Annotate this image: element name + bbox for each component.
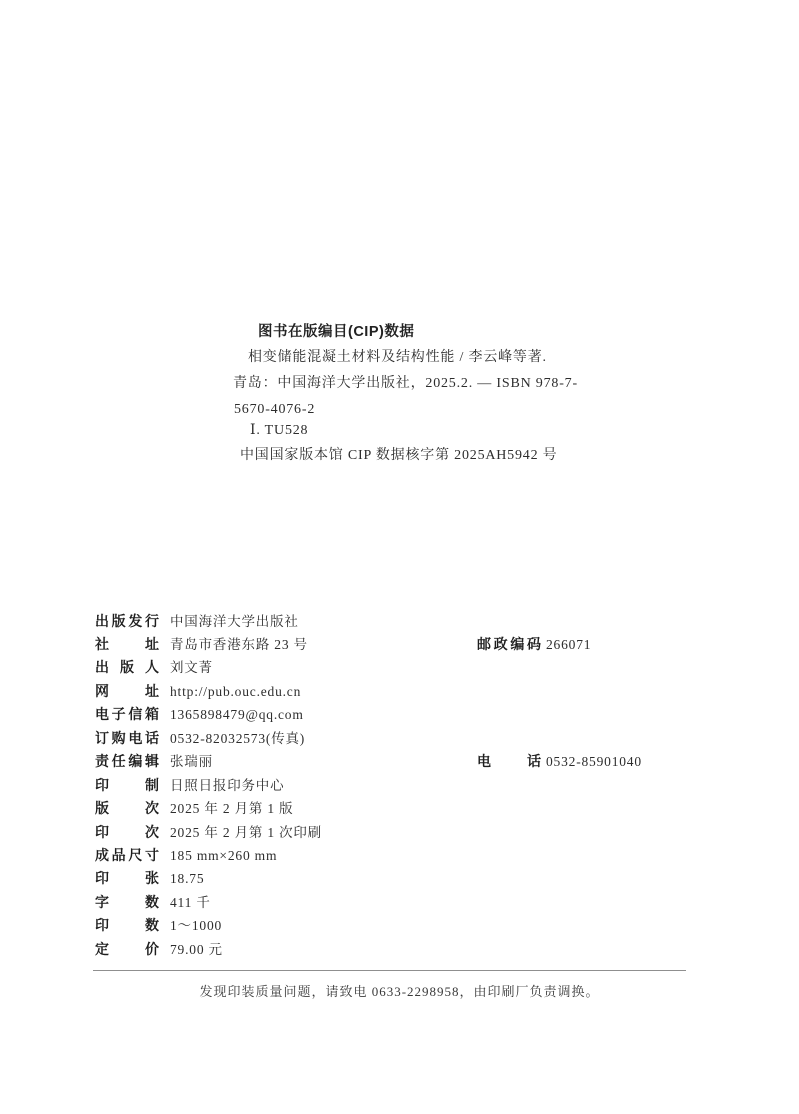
colophon-row-edition: 版次2025 年 2 月第 1 版 <box>95 797 755 820</box>
cip-line-isbn-continued: 5670-4076-2 <box>234 400 315 420</box>
field-label: 邮政编码 <box>477 633 541 656</box>
field-label: 社址 <box>95 633 159 656</box>
field-label: 字数 <box>95 891 159 914</box>
colophon-row-printer: 印制日照日报印务中心 <box>95 773 755 796</box>
colophon-row-address: 社址青岛市香港东路 23 号 邮政编码266071 <box>95 632 755 655</box>
website-url: http://pub.ouc.edu.cn <box>170 684 301 699</box>
field-label: 电话 <box>477 750 541 773</box>
cip-title: 图书在版编目(CIP)数据 <box>258 322 414 342</box>
field-label: 印制 <box>95 774 159 797</box>
field-label: 印数 <box>95 914 159 937</box>
phone-field: 电话0532-85901040 <box>477 750 642 774</box>
field-label: 出版人 <box>95 656 159 679</box>
field-value: 266071 <box>546 637 591 652</box>
cip-line-title-author: 相变储能混凝土材料及结构性能 / 李云峰等著. <box>248 348 547 368</box>
colophon-row-word-count: 字数411 千 <box>95 890 755 913</box>
field-value: 185 mm×260 mm <box>170 848 277 863</box>
copyright-page: 图书在版编目(CIP)数据 相变储能混凝土材料及结构性能 / 李云峰等著. 青岛… <box>0 0 799 1114</box>
field-value: 79.00 元 <box>170 942 223 957</box>
field-value: 0532-82032573(传真) <box>170 731 305 746</box>
field-label: 印张 <box>95 867 159 890</box>
colophon-row-sheets: 印张18.75 <box>95 867 755 890</box>
field-label: 定价 <box>95 938 159 961</box>
colophon-row-publisher: 出版发行中国海洋大学出版社 <box>95 609 755 632</box>
colophon-row-order-phone: 订购电话0532-82032573(传真) <box>95 726 755 749</box>
colophon: 出版发行中国海洋大学出版社 社址青岛市香港东路 23 号 邮政编码266071 … <box>95 609 755 961</box>
colophon-row-publisher-person: 出版人刘文菁 <box>95 656 755 679</box>
field-label: 电子信箱 <box>95 703 159 726</box>
field-value: 刘文菁 <box>170 660 213 675</box>
email-address: 1365898479@qq.com <box>170 707 304 722</box>
field-label: 责任编辑 <box>95 750 159 773</box>
divider-line <box>93 970 686 971</box>
colophon-row-price: 定价79.00 元 <box>95 937 755 960</box>
colophon-row-website: 网址http://pub.ouc.edu.cn <box>95 679 755 702</box>
quality-notice: 发现印装质量问题，请致电 0633-2298958，由印刷厂负责调换。 <box>0 981 799 1000</box>
field-value: 日照日报印务中心 <box>170 778 284 793</box>
field-value: 中国海洋大学出版社 <box>170 614 299 629</box>
field-value: 张瑞丽 <box>170 754 213 769</box>
colophon-row-impression: 印次2025 年 2 月第 1 次印刷 <box>95 820 755 843</box>
field-label: 成品尺寸 <box>95 844 159 867</box>
field-label: 出版发行 <box>95 610 159 633</box>
cip-line-record-number: 中国国家版本馆 CIP 数据核字第 2025AH5942 号 <box>240 446 558 466</box>
colophon-row-print-run: 印数1～1000 <box>95 914 755 937</box>
field-value: 2025 年 2 月第 1 版 <box>170 801 293 816</box>
postal-code-field: 邮政编码266071 <box>477 632 591 656</box>
field-value: 1～1000 <box>170 918 222 933</box>
field-value: 0532-85901040 <box>546 754 642 769</box>
cip-line-classification: Ⅰ. TU528 <box>250 421 308 441</box>
field-label: 印次 <box>95 821 159 844</box>
field-label: 订购电话 <box>95 727 159 750</box>
field-value: 411 千 <box>170 895 211 910</box>
colophon-row-trim-size: 成品尺寸185 mm×260 mm <box>95 843 755 866</box>
cip-line-publisher-isbn: 青岛：中国海洋大学出版社，2025.2. — ISBN 978-7- <box>233 374 578 394</box>
field-label: 网址 <box>95 680 159 703</box>
colophon-row-email: 电子信箱1365898479@qq.com <box>95 703 755 726</box>
colophon-row-editor: 责任编辑张瑞丽 电话0532-85901040 <box>95 750 755 773</box>
field-value: 2025 年 2 月第 1 次印刷 <box>170 825 322 840</box>
field-value: 18.75 <box>170 871 204 886</box>
field-label: 版次 <box>95 797 159 820</box>
field-value: 青岛市香港东路 23 号 <box>170 637 308 652</box>
